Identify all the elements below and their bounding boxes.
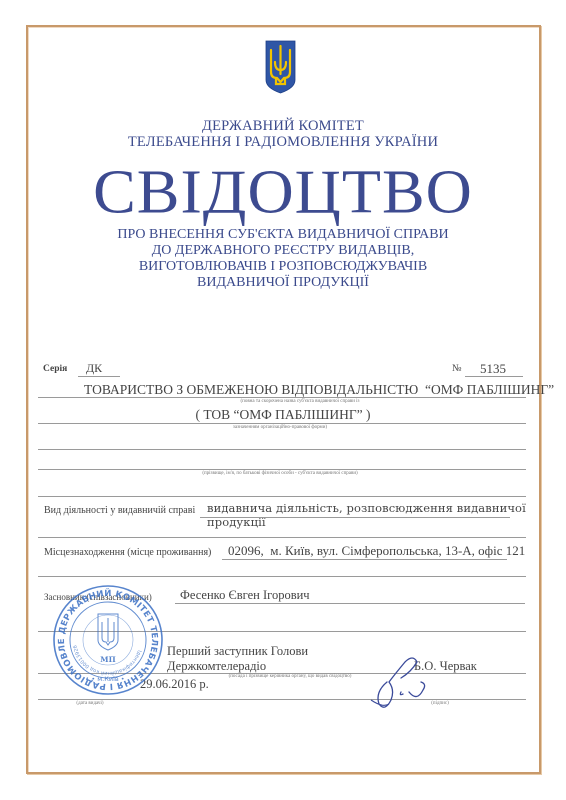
person-name-hint: (прізвище, ім'я, по батькові фізичної ос… (150, 471, 410, 476)
series-label: Серія (43, 364, 67, 374)
signer-position-line1: Перший заступник Голови (167, 644, 308, 659)
svg-text:• м.Київ •: • м.Київ • (91, 675, 124, 683)
number-underline (465, 376, 523, 377)
coat-of-arms-trident-icon (265, 40, 296, 94)
full-name-underline (38, 397, 526, 398)
activity-label: Вид діяльності у видавничій справі (44, 505, 195, 516)
issuer-name-line1: ДЕРЖАВНИЙ КОМІТЕТ (0, 118, 566, 135)
blank-line (38, 537, 526, 538)
blank-line (38, 449, 526, 450)
blank-line (38, 576, 526, 577)
short-name-hint: зазначенням організаційно-правової форми… (180, 425, 380, 430)
activity-value: видавнича діяльність, розповсюдження вид… (207, 501, 566, 529)
founder-underline (175, 603, 525, 604)
location-value: 02096, м. Київ, вул. Сімферопольська, 13… (228, 543, 525, 559)
subtitle-line: ДО ДЕРЖАВНОГО РЕЄСТРУ ВИДАВЦІВ, (0, 243, 566, 259)
date-hint: (дата видачі) (60, 701, 120, 706)
short-name-underline (38, 423, 526, 424)
date-underline (38, 699, 526, 700)
series-value: ДК (86, 361, 102, 376)
subtitle-line: ВИГОТОВЛЮВАЧІВ І РОЗПОВСЮДЖУВАЧІВ (0, 259, 566, 275)
svg-text:МП: МП (100, 655, 115, 664)
location-label: Місцезнаходження (місце проживання) (44, 547, 211, 558)
series-underline (78, 376, 120, 377)
position-hint: (посада і прізвище керівника органу, що … (190, 674, 390, 679)
entity-short-name: ( ТОВ “ОМФ ПАБЛІШИНГ” ) (0, 407, 566, 423)
handwritten-signature (365, 652, 435, 714)
subtitle-line: ПРО ВНЕСЕННЯ СУБ'ЄКТА ВИДАВНИЧОЇ СПРАВИ (0, 227, 566, 243)
document-title: СВІДОЦТВО (0, 161, 566, 224)
official-stamp-seal: ДЕРЖАВНИЙ КОМІТЕТ ТЕЛЕБАЧЕННЯ І РАДІОМОВ… (52, 584, 164, 696)
issuer-name-line2: ТЕЛЕБАЧЕННЯ І РАДІОМОВЛЕННЯ УКРАЇНИ (0, 134, 566, 151)
signer-position-line2: Держкомтелерадіо (167, 659, 266, 674)
subtitle-line: ВИДАВНИЧОЇ ПРОДУКЦІЇ (0, 275, 566, 291)
number-label: № (452, 363, 462, 374)
entity-full-name: ТОВАРИСТВО З ОБМЕЖЕНОЮ ВІДПОВІДАЛЬНІСТЮ … (84, 382, 554, 398)
person-name-underline (38, 469, 526, 470)
full-name-hint: (повна та скорочена назва суб'єкта видав… (150, 399, 450, 404)
blank-line (38, 496, 526, 497)
founder-value: Фесенко Євген Ігорович (180, 588, 310, 603)
location-underline (222, 559, 507, 560)
activity-underline (200, 517, 510, 518)
number-value: 5135 (480, 361, 506, 377)
